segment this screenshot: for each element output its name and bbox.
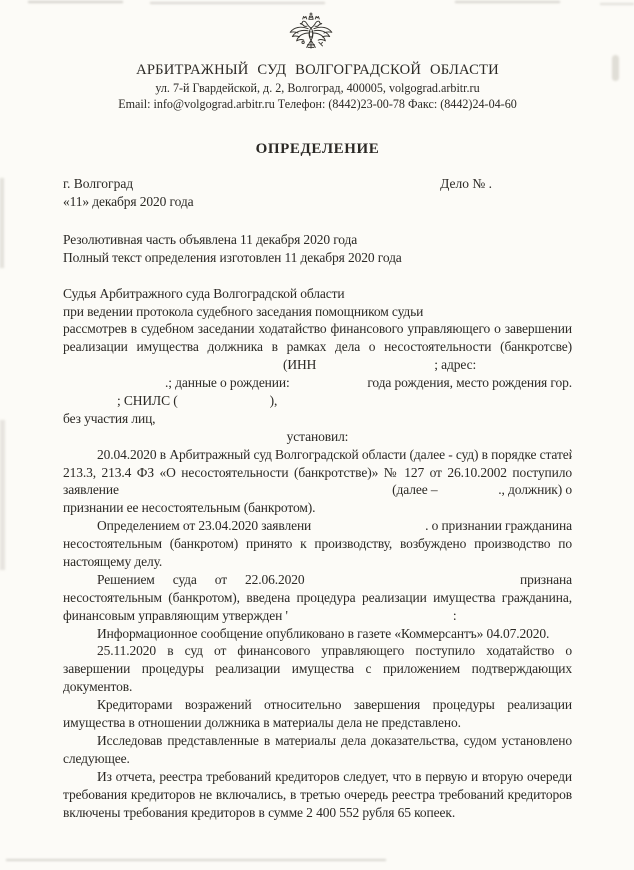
doc-line: 20.04.2020 в Арбитражный суд Волгоградск… [63, 446, 572, 464]
scan-artifact [0, 178, 4, 268]
doc-text-segment: . о признании гражданина [425, 517, 572, 535]
doc-text-segment: .; данные о рождении: [165, 374, 290, 392]
doc-line: требования кредиторов не включались, в т… [63, 786, 572, 804]
doc-text-segment: ; СНИЛС ( [117, 393, 178, 408]
document-title: ОПРЕДЕЛЕНИЕ [63, 140, 572, 158]
court-contacts: Email: info@volgograd.arbitr.ru Телефон:… [63, 96, 572, 112]
doc-line: 213.3, 213.4 ФЗ «О несостоятельности (ба… [63, 464, 572, 482]
resolution-date-line: Резолютивная часть объявлена 11 декабря … [63, 231, 572, 249]
doc-line: установил: [63, 428, 572, 446]
doc-line: Из отчета, реестра требований кредиторов… [63, 768, 572, 786]
doc-line: финансовым управляющим утвержден ': [63, 607, 572, 625]
doc-text-segment: (ИНН [283, 357, 316, 372]
date-line: «11» декабря 2020 года [63, 193, 572, 211]
doc-text-segment: финансовым управляющим утвержден ' [63, 608, 288, 623]
doc-text-segment: ), [270, 393, 278, 408]
doc-line: несостоятельным (банкротом) принято к пр… [63, 535, 572, 553]
doc-line: имущества в отношении должника в материа… [63, 714, 572, 732]
scan-artifact [0, 420, 5, 570]
doc-line: следующее. [63, 750, 572, 768]
doc-line: Информационное сообщение опубликовано в … [63, 625, 572, 643]
doc-line: включены требования кредиторов в сумме 2… [63, 804, 572, 822]
doc-text-segment: 22.06.2020 [245, 571, 305, 589]
russia-coat-of-arms-icon [288, 8, 334, 58]
doc-text-segment: ; адрес: [434, 357, 476, 372]
doc-line: признании ее несостоятельным (банкротом)… [63, 499, 572, 517]
doc-line: завершении процедуры реализации имуществ… [63, 660, 572, 678]
doc-text-segment: Определением от 23.04.2020 заявлени [97, 517, 311, 535]
doc-line: при ведении протокола судебного заседани… [63, 303, 572, 321]
doc-line: (ИНН; адрес: [63, 356, 572, 374]
doc-text-segment: (далее – [392, 481, 437, 499]
scan-artifact [600, 3, 634, 5]
scan-artifact [6, 859, 386, 861]
doc-line: Судья Арбитражного суда Волгоградской об… [63, 285, 572, 303]
doc-line: Исследовав представленные в материалы де… [63, 732, 572, 750]
case-meta-row: г. Волгоград Дело № . [63, 175, 572, 193]
court-name: АРБИТРАЖНЫЙ СУД ВОЛГОГРАДСКОЙ ОБЛАСТИ [63, 61, 572, 80]
document-body: Судья Арбитражного суда Волгоградской об… [63, 285, 572, 822]
doc-line: настоящему делу. [63, 553, 572, 571]
scanned-document-page: АРБИТРАЖНЫЙ СУД ВОЛГОГРАДСКОЙ ОБЛАСТИ ул… [0, 0, 634, 870]
doc-line: Кредиторами возражений относительно заве… [63, 696, 572, 714]
doc-line: рассмотрев в судебном заседании ходатайс… [63, 320, 572, 338]
doc-line: Определением от 23.04.2020 заявлени. о п… [63, 517, 572, 535]
city-line: г. Волгоград [63, 175, 133, 193]
doc-text-segment: года рождения, место рождения гор. [367, 374, 572, 392]
doc-line: заявление(далее –., должник) о [63, 481, 572, 499]
court-determination-document: АРБИТРАЖНЫЙ СУД ВОЛГОГРАДСКОЙ ОБЛАСТИ ул… [63, 0, 572, 821]
doc-line: несостоятельным (банкротом), введена про… [63, 589, 572, 607]
doc-text-segment: ., должник) о [498, 481, 572, 499]
doc-text-segment: : [453, 608, 457, 623]
doc-text-segment: признана [520, 571, 572, 589]
spacer [63, 211, 572, 231]
doc-line: 25.11.2020 в суд от финансового управляю… [63, 642, 572, 660]
doc-line: ; СНИЛС (), [63, 392, 572, 410]
scan-artifact [612, 55, 619, 81]
case-number: Дело № . [440, 175, 572, 193]
doc-line: Решениемсудаот22.06.2020признана [63, 571, 572, 589]
doc-line: без участия лиц, [63, 410, 572, 428]
doc-text-segment: Решением [97, 571, 155, 589]
doc-text-segment: заявление [63, 481, 119, 499]
doc-line: реализации имущества должника в рамках д… [63, 338, 572, 356]
doc-text-segment: суда [173, 571, 197, 589]
doc-line: .; данные о рождении:года рождения, мест… [63, 374, 572, 392]
spacer [63, 267, 572, 285]
court-address: ул. 7-й Гвардейской, д. 2, Волгоград, 40… [63, 80, 572, 96]
doc-line: документов. [63, 678, 572, 696]
fulltext-date-line: Полный текст определения изготовлен 11 д… [63, 249, 572, 267]
doc-text-segment: от [215, 571, 227, 589]
